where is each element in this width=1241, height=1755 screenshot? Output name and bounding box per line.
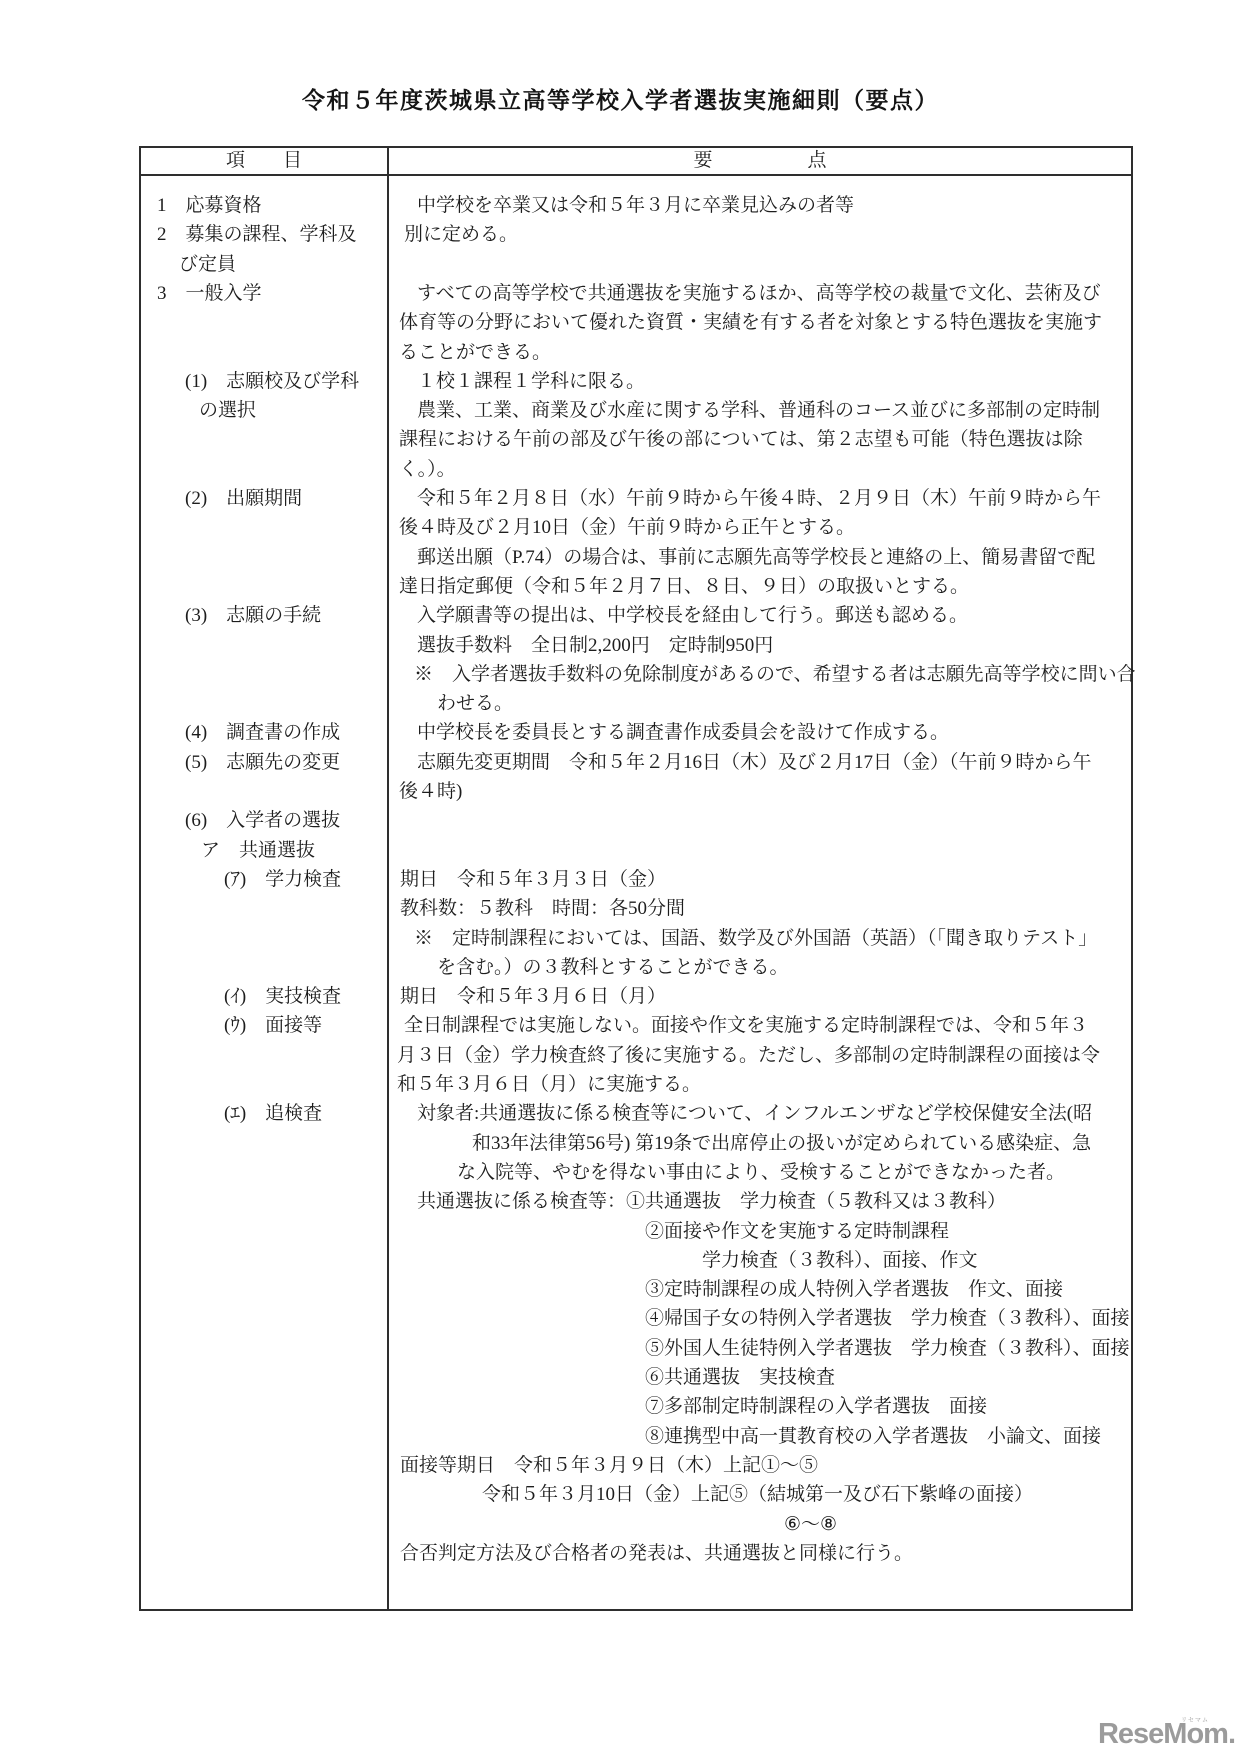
table-row: ②面接や作文を実施する定時制課程 — [141, 1217, 1131, 1247]
item-cell: の選択 — [199, 396, 256, 425]
table-header-row: 項 目 要 点 — [141, 148, 1131, 176]
table-row: (5) 志願先の変更 志願先変更期間 令和５年２月16日（木）及び２月17日（金… — [141, 748, 1131, 778]
table-row: (4) 調査書の作成 中学校長を委員長とする調査書作成委員会を設けて作成する。 — [141, 718, 1131, 748]
table-row: 1 応募資格 中学校を卒業又は令和５年３月に卒業見込みの者等 — [141, 191, 1131, 221]
table-row: (ｳ) 面接等 全日制課程では実施しない。面接や作文を実施する定時制課程では、令… — [141, 1011, 1131, 1041]
table-row: (1) 志願校及び学科 １校１課程１学科に限る。 — [141, 367, 1131, 397]
table-row: 和33年法律第56号) 第19条で出席停止の扱いが定められている感染症、急 — [141, 1129, 1131, 1159]
point-cell: ④帰国子女の特例入学者選抜 学力検査（３教科）、面接 — [645, 1304, 1130, 1333]
column-header-point: 要 点 — [389, 148, 1131, 174]
table-row: ⑥～⑧ — [141, 1510, 1131, 1540]
point-cell: ③定時制課程の成人特例入学者選抜 作文、面接 — [645, 1275, 1063, 1304]
point-cell: 令和５年２月８日（水）午前９時から午後４時、２月９日（木）午前９時から午 — [417, 484, 1101, 513]
point-cell: 別に定める。 — [404, 220, 518, 249]
table-row: ⑧連携型中高一貫教育校の入学者選抜 小論文、面接 — [141, 1422, 1131, 1452]
document-page: 令和５年度茨城県立高等学校入学者選抜実施細則（要点） 項 目 要 点 1 応募資… — [0, 0, 1241, 1755]
point-cell: 後４時及び２月10日（金）午前９時から正午とする。 — [399, 513, 855, 542]
table-row: (6) 入学者の選抜 — [141, 806, 1131, 836]
table-row: 合否判定方法及び合格者の発表は、共通選抜と同様に行う。 — [141, 1539, 1131, 1569]
table-row: 教科数：５教科 時間：各50分間 — [141, 894, 1131, 924]
item-cell: 3 一般入学 — [157, 279, 262, 308]
table-row: (ｴ) 追検査 対象者:共通選抜に係る検査等について、インフルエンザなど学校保健… — [141, 1099, 1131, 1129]
item-cell: (5) 志願先の変更 — [185, 748, 340, 777]
table-row: 共通選抜に係る検査等：①共通選抜 学力検査（５教科又は３教科） — [141, 1187, 1131, 1217]
point-cell: 体育等の分野において優れた資質・実績を有する者を対象とする特色選抜を実施す — [399, 308, 1102, 337]
item-cell: (ｳ) 面接等 — [224, 1011, 322, 1040]
point-cell: ⑥～⑧ — [784, 1510, 837, 1539]
point-cell: 合否判定方法及び合格者の発表は、共通選抜と同様に行う。 — [400, 1539, 913, 1568]
item-cell: び定員 — [179, 250, 236, 279]
table-row: ⑤外国人生徒特例入学者選抜 学力検査（３教科）、面接 — [141, 1334, 1131, 1364]
table-row: 月３日（金）学力検査終了後に実施する。ただし、多部制の定時制課程の面接は令 — [141, 1041, 1131, 1071]
item-cell: (ｲ) 実技検査 — [224, 982, 341, 1011]
table-row: 郵送出願（P.74）の場合は、事前に志願先高等学校長と連絡の上、簡易書留で配 — [141, 543, 1131, 573]
column-header-item: 項 目 — [141, 148, 387, 174]
item-cell: (6) 入学者の選抜 — [185, 806, 340, 835]
item-cell: (3) 志願の手続 — [185, 601, 321, 630]
table-row: ※ 定時制課程においては、国語、数学及び外国語（英語）（「聞き取りテスト」 — [141, 924, 1131, 954]
table-row: 選抜手数料 全日制2,200円 定時制950円 — [141, 631, 1131, 661]
table-row: 後４時及び２月10日（金）午前９時から正午とする。 — [141, 513, 1131, 543]
point-cell: 入学願書等の提出は、中学校長を経由して行う。郵送も認める。 — [417, 601, 968, 630]
page-title: 令和５年度茨城県立高等学校入学者選抜実施細則（要点） — [0, 82, 1241, 115]
point-cell: 課程における午前の部及び午後の部については、第２志望も可能（特色選抜は除 — [399, 425, 1083, 454]
table-row: わせる。 — [141, 689, 1131, 719]
item-cell: (ｴ) 追検査 — [224, 1099, 322, 1128]
point-cell: ※ 定時制課程においては、国語、数学及び外国語（英語）（「聞き取りテスト」 — [414, 924, 1097, 953]
point-cell: 志願先変更期間 令和５年２月16日（木）及び２月17日（金）（午前９時から午 — [417, 748, 1092, 777]
point-cell: 中学校長を委員長とする調査書作成委員会を設けて作成する。 — [417, 718, 949, 747]
item-cell: (ｱ) 学力検査 — [224, 865, 341, 894]
item-cell: 1 応募資格 — [157, 191, 262, 220]
point-cell: 全日制課程では実施しない。面接や作文を実施する定時制課程では、令和５年３ — [404, 1011, 1088, 1040]
point-cell: な入院等、やむを得ない事由により、受検することができなかった者。 — [457, 1158, 1065, 1187]
summary-table: 項 目 要 点 1 応募資格 中学校を卒業又は令和５年３月に卒業見込みの者等 2… — [139, 146, 1133, 1611]
table-row: 3 一般入学 すべての高等学校で共通選抜を実施するほか、高等学校の裁量で文化、芸… — [141, 279, 1131, 309]
table-row: 後４時) — [141, 777, 1131, 807]
point-cell: を含む。）の３教科とすることができる。 — [437, 953, 789, 982]
point-cell: 和33年法律第56号) 第19条で出席停止の扱いが定められている感染症、急 — [472, 1129, 1091, 1158]
resemom-logo: リセマム ReseMom. — [1105, 1717, 1235, 1751]
point-cell: 郵送出願（P.74）の場合は、事前に志願先高等学校長と連絡の上、簡易書留で配 — [417, 543, 1095, 572]
table-row: 課程における午前の部及び午後の部については、第２志望も可能（特色選抜は除 — [141, 425, 1131, 455]
table-row: (3) 志願の手続 入学願書等の提出は、中学校長を経由して行う。郵送も認める。 — [141, 601, 1131, 631]
point-cell: 中学校を卒業又は令和５年３月に卒業見込みの者等 — [417, 191, 854, 220]
point-cell: 共通選抜に係る検査等：①共通選抜 学力検査（５教科又は３教科） — [417, 1187, 1006, 1216]
point-cell: ※ 入学者選抜手数料の免除制度があるので、希望する者は志願先高等学校に問い合 — [414, 660, 1136, 689]
point-cell: 農業、工業、商業及び水産に関する学科、普通科のコース並びに多部制の定時制 — [417, 396, 1100, 425]
point-cell: ることができる。 — [399, 338, 551, 367]
point-cell: ②面接や作文を実施する定時制課程 — [645, 1217, 949, 1246]
table-row: ることができる。 — [141, 338, 1131, 368]
point-cell: 後４時) — [399, 777, 462, 806]
item-cell: (1) 志願校及び学科 — [185, 367, 359, 396]
table-row: 和５年３月６日（月）に実施する。 — [141, 1070, 1131, 1100]
point-cell: ⑤外国人生徒特例入学者選抜 学力検査（３教科）、面接 — [645, 1334, 1130, 1363]
point-cell: 教科数：５教科 時間：各50分間 — [400, 894, 685, 923]
point-cell: すべての高等学校で共通選抜を実施するほか、高等学校の裁量で文化、芸術及び — [417, 279, 1101, 308]
item-cell: 2 募集の課程、学科及 — [157, 220, 357, 249]
table-row: 2 募集の課程、学科及 別に定める。 — [141, 220, 1131, 250]
table-row: 体育等の分野において優れた資質・実績を有する者を対象とする特色選抜を実施す — [141, 308, 1131, 338]
point-cell: 面接等期日 令和５年３月９日（木）上記①～⑤ — [400, 1451, 818, 1480]
table-row: の選択 農業、工業、商業及び水産に関する学科、普通科のコース並びに多部制の定時制 — [141, 396, 1131, 426]
point-cell: 対象者:共通選抜に係る検査等について、インフルエンザなど学校保健安全法(昭 — [417, 1099, 1092, 1128]
point-cell: 和５年３月６日（月）に実施する。 — [397, 1070, 701, 1099]
point-cell: 学力検査（３教科）、面接、作文 — [702, 1246, 978, 1275]
item-cell: (4) 調査書の作成 — [185, 718, 340, 747]
table-row: (ｲ) 実技検査 期日 令和５年３月６日（月） — [141, 982, 1131, 1012]
point-cell: ⑦多部制定時制課程の入学者選抜 面接 — [645, 1392, 987, 1421]
table-row: (ｱ) 学力検査 期日 令和５年３月３日（金） — [141, 865, 1131, 895]
table-row: 学力検査（３教科）、面接、作文 — [141, 1246, 1131, 1276]
table-body: 1 応募資格 中学校を卒業又は令和５年３月に卒業見込みの者等 2 募集の課程、学… — [141, 176, 1131, 1609]
point-cell: 月３日（金）学力検査終了後に実施する。ただし、多部制の定時制課程の面接は令 — [397, 1041, 1100, 1070]
point-cell: 選抜手数料 全日制2,200円 定時制950円 — [417, 631, 773, 660]
table-row: く。）。 — [141, 455, 1131, 485]
table-row: 令和５年３月10日（金）上記⑤（結城第一及び石下紫峰の面接） — [141, 1480, 1131, 1510]
table-row: な入院等、やむを得ない事由により、受検することができなかった者。 — [141, 1158, 1131, 1188]
point-cell: く。）。 — [399, 455, 456, 484]
table-row: ア 共通選抜 — [141, 836, 1131, 866]
table-row: (2) 出願期間 令和５年２月８日（水）午前９時から午後４時、２月９日（木）午前… — [141, 484, 1131, 514]
point-cell: 期日 令和５年３月３日（金） — [400, 865, 666, 894]
point-cell: ⑥共通選抜 実技検査 — [645, 1363, 835, 1392]
table-row: 面接等期日 令和５年３月９日（木）上記①～⑤ — [141, 1451, 1131, 1481]
point-cell: 期日 令和５年３月６日（月） — [400, 982, 666, 1011]
point-cell: １校１課程１学科に限る。 — [417, 367, 645, 396]
table-row: 達日指定郵便（令和５年２月７日、８日、９日）の取扱いとする。 — [141, 572, 1131, 602]
table-row: ④帰国子女の特例入学者選抜 学力検査（３教科）、面接 — [141, 1304, 1131, 1334]
table-row: ⑦多部制定時制課程の入学者選抜 面接 — [141, 1392, 1131, 1422]
point-cell: 令和５年３月10日（金）上記⑤（結城第一及び石下紫峰の面接） — [482, 1480, 1033, 1509]
item-cell: ア 共通選抜 — [201, 836, 315, 865]
table-row: ⑥共通選抜 実技検査 — [141, 1363, 1131, 1393]
point-cell: 達日指定郵便（令和５年２月７日、８日、９日）の取扱いとする。 — [399, 572, 969, 601]
table-row: ③定時制課程の成人特例入学者選抜 作文、面接 — [141, 1275, 1131, 1305]
table-row: ※ 入学者選抜手数料の免除制度があるので、希望する者は志願先高等学校に問い合 — [141, 660, 1131, 690]
table-row: を含む。）の３教科とすることができる。 — [141, 953, 1131, 983]
point-cell: ⑧連携型中高一貫教育校の入学者選抜 小論文、面接 — [645, 1422, 1101, 1451]
point-cell: わせる。 — [437, 689, 513, 718]
item-cell: (2) 出願期間 — [185, 484, 302, 513]
resemom-logo-text: ReseMom. — [1098, 1718, 1235, 1751]
table-row: び定員 — [141, 250, 1131, 280]
